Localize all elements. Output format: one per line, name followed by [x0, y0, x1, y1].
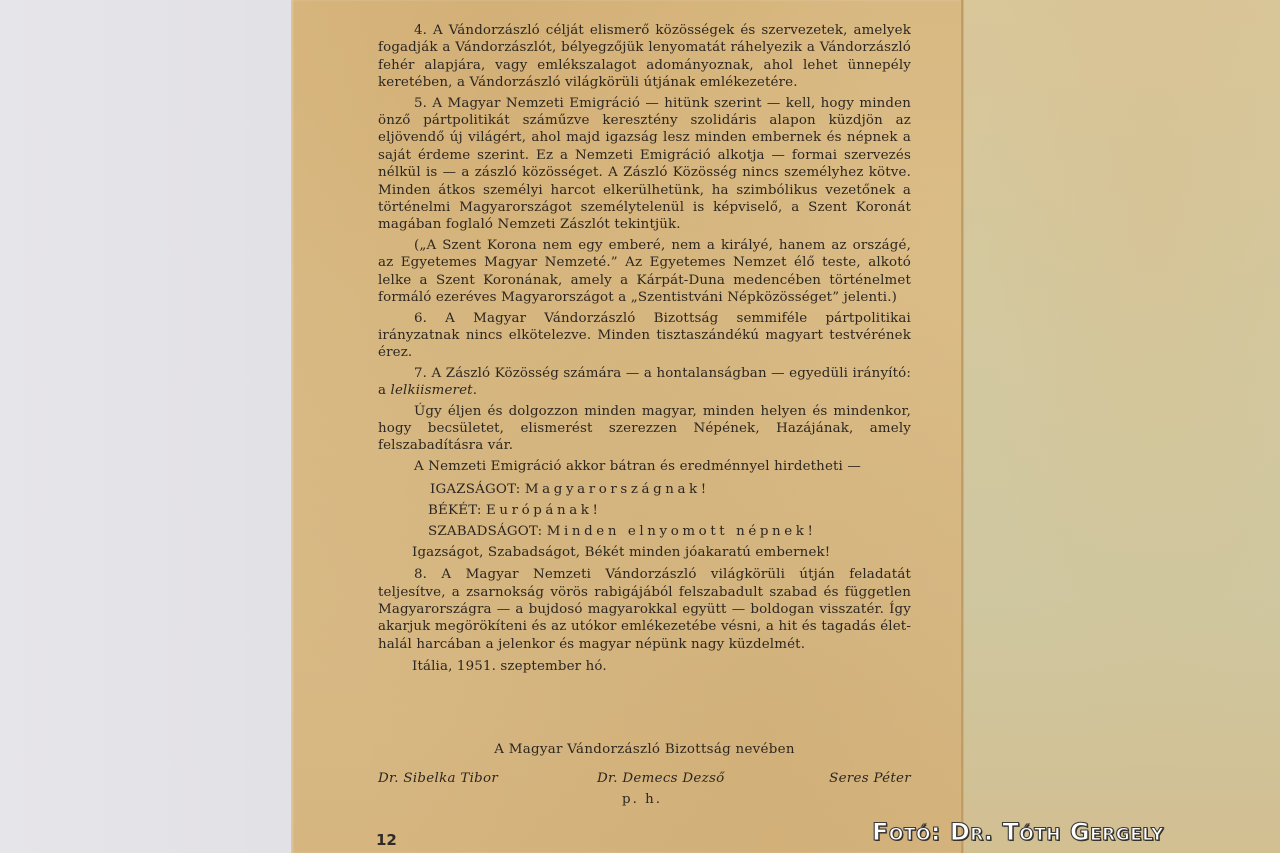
signatory-3: Seres Péter — [829, 771, 911, 786]
paragraph-7: 7. A Zászló Közösség számára — a hontala… — [378, 365, 911, 400]
date-line: Itália, 1951. szeptember hó. — [378, 656, 911, 678]
seal-abbreviation: p. h. — [622, 792, 662, 807]
slogan-value: Európának! — [486, 503, 602, 518]
closing-slogan: Igazságot, Szabadságot, Békét minden jóa… — [378, 542, 911, 563]
page-number: 12 — [376, 831, 397, 849]
slogan-key: SZABADSÁGOT: — [428, 524, 542, 539]
signatory-1: Dr. Sibelka Tibor — [378, 771, 498, 786]
signatures: Dr. Sibelka Tibor Dr. Demecs Dezső Seres… — [378, 771, 911, 791]
paragraph-5: 5. A Magyar Nemzeti Emigráció — hitünk s… — [378, 95, 911, 234]
paragraph-proclaim: A Nemzeti Emigráció akkor bátran és ered… — [378, 458, 911, 475]
paragraph-ugy: Úgy éljen és dolgozzon minden magyar, mi… — [378, 403, 911, 455]
paragraph-7-end: . — [473, 383, 477, 398]
page-text: 4. A Vándorzászló célját elismerő közöss… — [378, 22, 911, 678]
paragraph-5-quote: („A Szent Korona nem egy emberé, nem a k… — [378, 237, 911, 307]
committee-line: A Magyar Vándorzászló Bizottság nevében — [378, 742, 911, 757]
backdrop — [0, 0, 292, 853]
slogan-freedom: SZABADSÁGOT: Minden elnyomott népnek! — [378, 521, 911, 542]
right-page — [964, 0, 1280, 853]
photo-credit: Fotó: Dr. Tóth Gergely — [872, 818, 1164, 846]
signatory-2: Dr. Demecs Dezső — [597, 771, 725, 786]
slogan-key: IGAZSÁGOT: — [430, 482, 520, 497]
paragraph-4: 4. A Vándorzászló célját elismerő közöss… — [378, 22, 911, 92]
paragraph-6: 6. A Magyar Vándorzászló Bizottság semmi… — [378, 310, 911, 362]
slogan-value: Minden elnyomott népnek! — [547, 524, 817, 539]
slogan-justice: IGAZSÁGOT: Magyarországnak! — [378, 479, 911, 500]
slogan-key: BÉKÉT: — [428, 503, 482, 518]
slogan-value: Magyarországnak! — [525, 482, 710, 497]
paragraph-7-emphasis: lelkiismeret — [391, 383, 473, 398]
slogan-peace: BÉKÉT: Európának! — [378, 500, 911, 521]
paragraph-8: 8. A Magyar Nemzeti Vándorzászló világkö… — [378, 566, 911, 653]
